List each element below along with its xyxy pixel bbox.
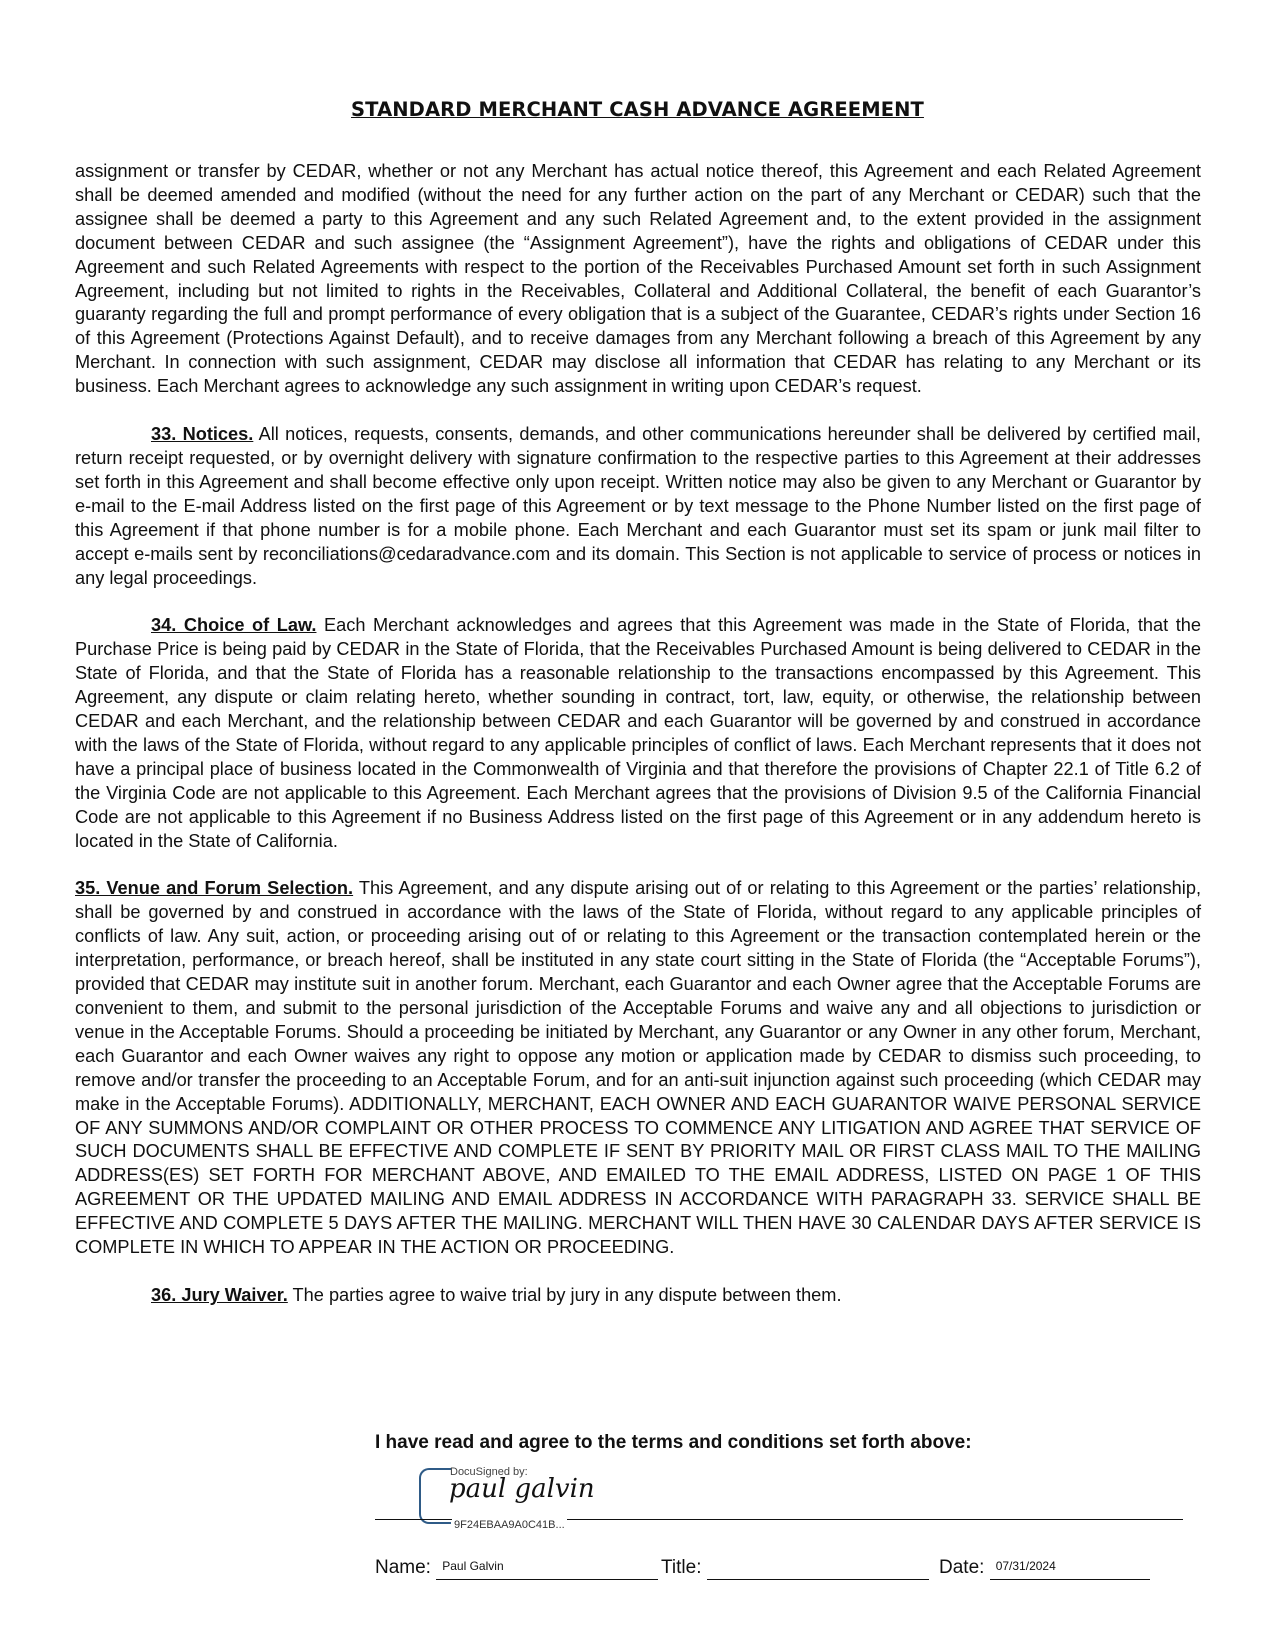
- name-field: Name: Paul Galvin: [375, 1556, 658, 1580]
- date-label: Date:: [939, 1557, 984, 1578]
- section-heading-jury-waiver: 36. Jury Waiver.: [151, 1285, 288, 1305]
- title-label: Title:: [661, 1557, 701, 1578]
- paragraph-notices: 33. Notices. All notices, requests, cons…: [75, 423, 1201, 590]
- paragraph-text: The parties agree to waive trial by jury…: [288, 1285, 842, 1305]
- paragraph-choice-of-law: 34. Choice of Law. Each Merchant acknowl…: [75, 614, 1201, 853]
- paragraph-venue: 35. Venue and Forum Selection. This Agre…: [75, 877, 1201, 1260]
- date-blank[interactable]: 07/31/2024: [990, 1559, 1150, 1580]
- name-label: Name:: [375, 1557, 431, 1578]
- paragraph-jury-waiver: 36. Jury Waiver. The parties agree to wa…: [75, 1284, 1201, 1308]
- section-heading-notices: 33. Notices.: [151, 424, 253, 444]
- section-heading-venue: 35. Venue and Forum Selection.: [75, 878, 353, 898]
- envelope-id: 9F24EBAA9A0C41B...: [452, 1514, 567, 1538]
- name-blank[interactable]: Paul Galvin: [436, 1559, 658, 1580]
- document-body: assignment or transfer by CEDAR, whether…: [75, 160, 1201, 1332]
- docusign-bracket: [419, 1468, 451, 1524]
- title-blank[interactable]: [707, 1559, 929, 1580]
- paragraph-text: All notices, requests, consents, demands…: [75, 424, 1201, 587]
- date-value: 07/31/2024: [996, 1555, 1056, 1579]
- paragraph-text: assignment or transfer by CEDAR, whether…: [75, 161, 1201, 396]
- document-title: STANDARD MERCHANT CASH ADVANCE AGREEMENT: [0, 98, 1275, 122]
- signature: paul galvin: [449, 1478, 595, 1502]
- document-page: STANDARD MERCHANT CASH ADVANCE AGREEMENT…: [0, 0, 1275, 1650]
- name-value: Paul Galvin: [442, 1555, 503, 1579]
- paragraph-text: This Agreement, and any dispute arising …: [75, 878, 1201, 1257]
- paragraph-assignment: assignment or transfer by CEDAR, whether…: [75, 160, 1201, 399]
- date-field: Date: 07/31/2024: [939, 1556, 1150, 1580]
- agreement-statement: I have read and agree to the terms and c…: [375, 1431, 972, 1455]
- section-heading-choice-of-law: 34. Choice of Law.: [151, 615, 316, 635]
- paragraph-text: Each Merchant acknowledges and agrees th…: [75, 615, 1201, 850]
- title-field: Title:: [661, 1556, 929, 1580]
